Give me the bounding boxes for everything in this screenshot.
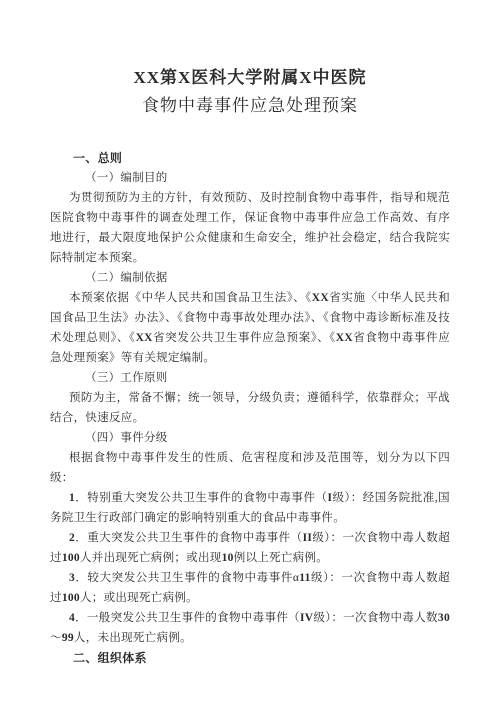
text-run: ．特别重大突发公共卫生事件的食物中毒事件（	[75, 492, 327, 504]
text-run: 100	[62, 592, 80, 604]
document-title-line-1: XX第X医科大学附属X中医院	[0, 64, 500, 92]
text-run: （三）工作原则	[85, 372, 168, 384]
text-run: 人并出现死亡病例；或出现	[80, 552, 222, 564]
paragraph: 预防为主，常备不懈；统一领导，分级负责；遵循科学，依靠群众；平战结合，快速反应。	[50, 388, 450, 428]
text-run: 11	[299, 572, 310, 584]
text-run: （四）事件分级	[85, 432, 168, 444]
document-body: 一、总则（一）编制目的为贯彻预防为主的方针，有效预防、及时控制食物中毒事件，指导…	[50, 148, 450, 668]
list-item: 3．较大突发公共卫生事件的食物中毒事件α11级）：一次食物中毒人数超过100人；…	[50, 568, 450, 608]
text-run: 二、组织体系	[73, 651, 147, 665]
text-run: 预防为主，常备不懈；统一领导，分级负责；遵循科学，依靠群众；平战结合，快速反应。	[50, 392, 450, 424]
list-item: 1．特别重大突发公共卫生事件的食物中毒事件（I级）：经国务院批准,国务院卫生行政…	[50, 488, 450, 528]
paragraph: 本预案依据《中华人民共和国食品卫生法》、《XX省实施〈中华人民共和国食品卫生法》…	[50, 288, 450, 368]
text-run: 级）：一次食物中毒人数	[313, 612, 438, 624]
paragraph: 为贯彻预防为主的方针，有效预防、及时控制食物中毒事件，指导和规范医院食物中毒事件…	[50, 188, 450, 268]
text-run: XX	[312, 292, 329, 304]
text-run: IV	[300, 612, 313, 624]
text-run: XX	[136, 332, 153, 344]
text-run: ．一般突发公共卫生事件的食物中毒事件（	[75, 612, 300, 624]
text-run: 人；或出现死亡病例。	[80, 592, 198, 604]
document-title-line-2: 食物中毒事件应急处理预案	[0, 92, 500, 120]
text-run: 一、总则	[73, 151, 122, 165]
text-run: （一）编制目的	[85, 172, 168, 184]
text-run: 为贯彻预防为主的方针，有效预防、及时控制食物中毒事件，指导和规范医院食物中毒事件…	[50, 192, 450, 264]
text-run: 99	[62, 632, 74, 644]
list-item: 2．重大突发公共卫生事件的食物中毒事件（II级）：一次食物中毒人数超过100人并…	[50, 528, 450, 568]
document-title-block: XX第X医科大学附属X中医院 食物中毒事件应急处理预案	[0, 64, 500, 120]
text-run: （二）编制依据	[85, 272, 168, 284]
text-run: ～	[50, 632, 62, 644]
text-run: XX	[336, 332, 353, 344]
text-run: 10	[222, 552, 234, 564]
text-run: 人，未出现死亡病例。	[74, 632, 192, 644]
text-run: 100	[62, 552, 80, 564]
text-run: 本预案依据《中华人民共和国食品卫生法》、《	[69, 292, 312, 304]
text-run: 例以上死亡病例。	[234, 552, 328, 564]
text-run: ．重大突发公共卫生事件的食物中毒事件（	[75, 532, 303, 544]
section-heading: 二、组织体系	[50, 648, 450, 668]
list-item: 4．一般突发公共卫生事件的食物中毒事件（IV级）：一次食物中毒人数30～99人，…	[50, 608, 450, 648]
subsection-heading: （四）事件分级	[50, 428, 450, 448]
subsection-heading: （三）工作原则	[50, 368, 450, 388]
document-page: XX第X医科大学附属X中医院 食物中毒事件应急处理预案 一、总则（一）编制目的为…	[0, 0, 500, 707]
paragraph: 根据食物中毒事件发生的性质、危害程度和涉及范围等，划分为以下四级：	[50, 448, 450, 488]
section-heading: 一、总则	[50, 148, 450, 168]
subsection-heading: （一）编制目的	[50, 168, 450, 188]
subsection-heading: （二）编制依据	[50, 268, 450, 288]
text-run: ．较大突发公共卫生事件的食物中毒事件α	[75, 572, 299, 584]
text-run: 30	[438, 612, 450, 624]
text-run: 省突发公共卫生事件应急预案》、《	[153, 332, 336, 344]
text-run: 根据食物中毒事件发生的性质、危害程度和涉及范围等，划分为以下四级：	[50, 452, 450, 484]
text-run: II	[303, 532, 313, 544]
